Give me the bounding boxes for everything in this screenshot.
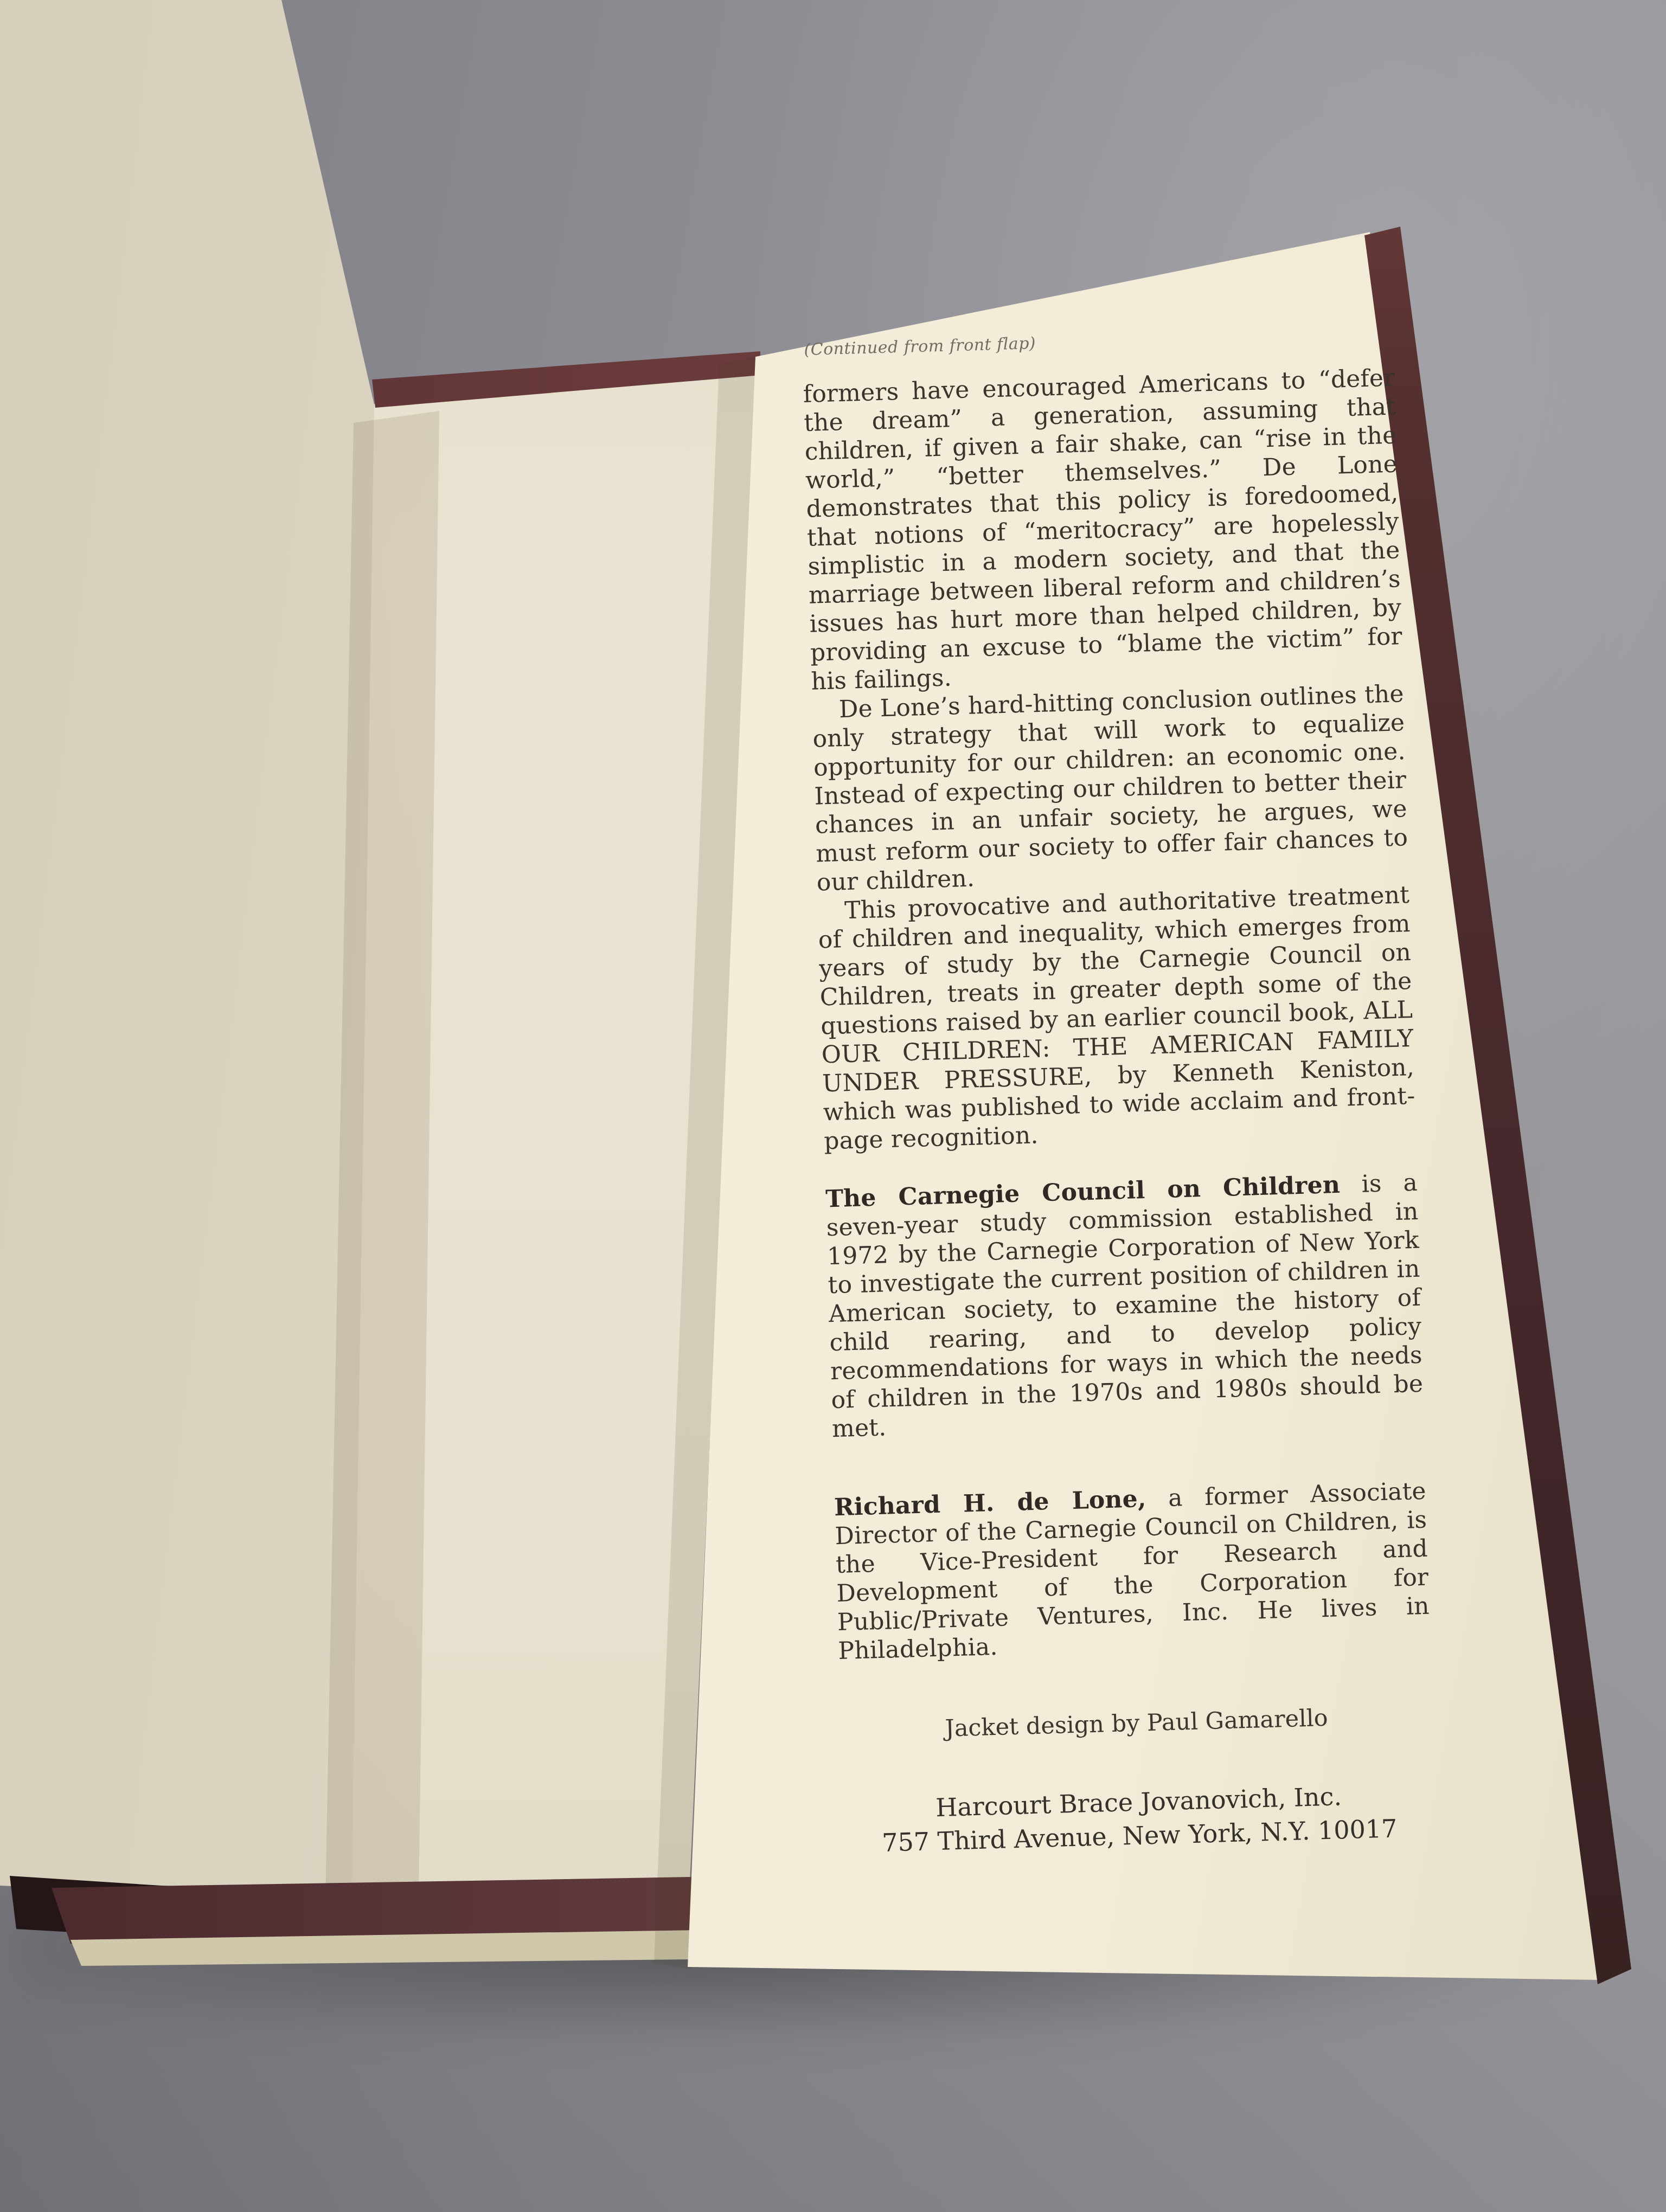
flap-paragraph-4: The Carnegie Council on Children is a se… xyxy=(825,1168,1425,1443)
paragraph-text: formers have encouraged Americans to “de… xyxy=(803,364,1402,695)
book-photo: (Continued from front flap) formers have… xyxy=(0,0,1666,2212)
flap-paragraph-1: formers have encouraged Americans to “de… xyxy=(803,363,1404,696)
jacket-credit: Jacket design by Paul Gamarello xyxy=(840,1701,1433,1746)
paragraph-text: This provocative and authoritative treat… xyxy=(818,881,1415,1155)
flap-paragraph-2: De Lone’s hard-hitting conclusion outlin… xyxy=(811,679,1409,897)
paragraph-text: De Lone’s hard-hitting conclusion outlin… xyxy=(812,680,1408,896)
flap-paragraph-3: This provocative and authoritative treat… xyxy=(817,880,1417,1155)
flap-text: (Continued from front flap) formers have… xyxy=(802,324,1436,1861)
flap-paragraph-5: Richard H. de Lone, a former Associate D… xyxy=(834,1477,1430,1666)
